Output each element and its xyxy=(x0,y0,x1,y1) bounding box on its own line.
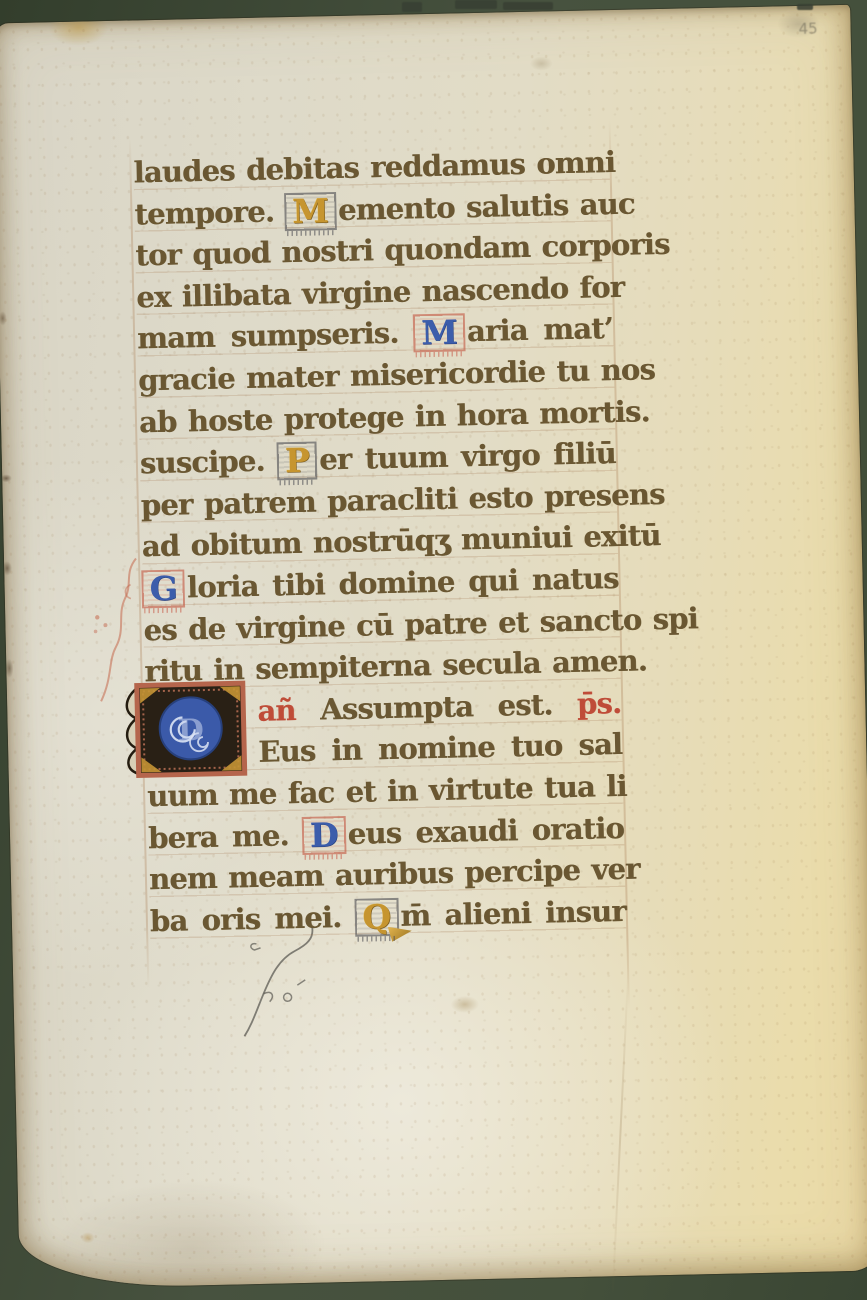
text-segment: emento salutis auc xyxy=(338,186,635,226)
large-initial-letter: D xyxy=(177,713,204,749)
text-segment: bera me. xyxy=(148,817,304,854)
text-segment: ba oris mei. xyxy=(150,899,356,937)
text-segment: ab hoste protege in hora mortis. xyxy=(139,394,650,439)
text-segment: tempore. xyxy=(134,194,286,231)
vellum-crease xyxy=(612,965,629,1295)
text-segment: p̄s. xyxy=(577,686,622,721)
text-segment: eus exaudi oratio xyxy=(347,810,624,850)
text-segment: aria mat’ xyxy=(467,311,614,348)
illuminated-initial-m: M xyxy=(415,316,463,351)
binding-mark-2 xyxy=(455,0,497,9)
folio-number: 45 xyxy=(798,20,817,38)
text-block: laudes debitas reddamus omnitempore. Mem… xyxy=(133,142,626,942)
text-segment: Eus in nomine tuo sal xyxy=(258,727,623,769)
binding-mark-4 xyxy=(797,4,813,10)
text-segment: per patrem paracliti esto presens xyxy=(140,477,664,522)
text-segment: er tuum virgo filiū xyxy=(319,436,616,476)
text-segment: tor quod nostri quondam corporis xyxy=(135,227,670,273)
text-segment: nem meam auribus percipe ver xyxy=(149,852,640,897)
illuminated-initial-d: D xyxy=(304,818,345,853)
text-segment: mam sumpseris. xyxy=(137,316,415,356)
text-segment: loria tibi domine qui natus xyxy=(187,561,619,604)
text-segment: ad obitum nostrūqʒ muniui exitū xyxy=(141,518,661,563)
illuminated-initial-q: Q xyxy=(356,900,397,935)
text-segment: ex illibata virgine nascendo for xyxy=(136,270,625,315)
binding-mark-3 xyxy=(503,2,553,10)
text-segment: es de virgine cū patre et sancto spi xyxy=(143,601,698,647)
text-segment: laudes debitas reddamus omni xyxy=(133,145,615,189)
text-segment: m̄ alieni insur xyxy=(400,894,626,933)
illuminated-initial-p: P xyxy=(279,444,316,479)
cadel-flourish-icon xyxy=(234,924,327,1042)
illuminated-initial-m: M xyxy=(286,194,334,229)
large-initial-d: D xyxy=(123,680,250,779)
text-segment: suscipe. xyxy=(140,444,279,481)
text-segment: añ xyxy=(257,692,320,727)
manuscript-photo: 45 laudes debitas reddamus omnitempore. … xyxy=(0,0,867,1300)
text-segment: gracie mater misericordie tu nos xyxy=(138,352,656,397)
text-segment: Assumpta est. xyxy=(320,687,578,727)
manuscript-page: 45 laudes debitas reddamus omnitempore. … xyxy=(0,5,867,1289)
large-initial-d-art: D xyxy=(123,680,250,779)
binding-mark-1 xyxy=(402,2,422,12)
illuminated-initial-g: G xyxy=(143,571,183,606)
